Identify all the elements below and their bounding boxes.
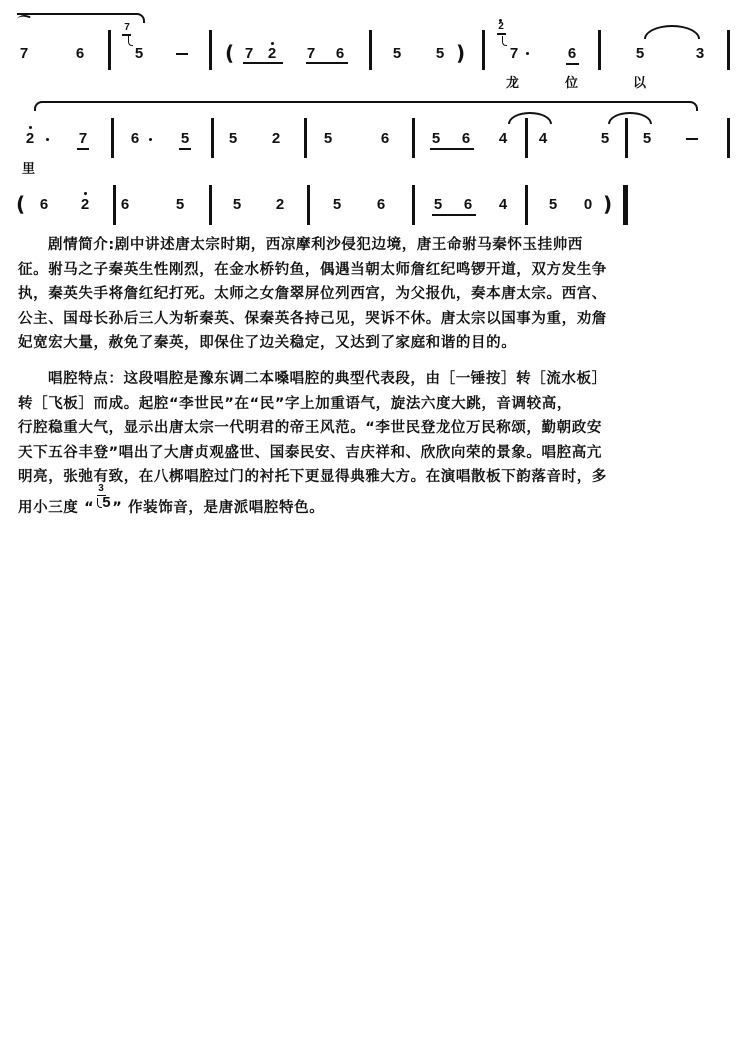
note: 2 (23, 130, 37, 148)
underline (77, 148, 89, 150)
note: 6 (37, 196, 51, 214)
barline (525, 185, 528, 225)
features-line: 天下五谷丰登”唱出了大唐贞观盛世、国泰民安、吉庆祥和、欣欣向荣的景象。唱腔高亢 (18, 441, 738, 466)
grace-main-note: 5 (102, 494, 111, 512)
high-octave-dot (29, 126, 32, 129)
barline (113, 185, 116, 225)
note: 5 (431, 196, 445, 214)
note: 7 (304, 45, 318, 63)
note: 4 (496, 196, 510, 214)
note: 6 (459, 130, 473, 148)
features-line: 这段唱腔是豫东调二本嗓唱腔的典型代表段，由［一锤按］转［流水板］ (124, 371, 607, 387)
augmentation-dot (149, 138, 152, 141)
high-octave-dot (84, 192, 87, 195)
underline (243, 62, 283, 64)
lyric: 龙 (506, 77, 519, 91)
grace-top-note: 3 (98, 484, 104, 494)
note: 0 (581, 196, 595, 214)
barline (111, 118, 114, 158)
note: 5 (330, 196, 344, 214)
barline (369, 30, 372, 70)
barline (412, 118, 415, 158)
augmentation-dot (46, 138, 49, 141)
note: 6 (461, 196, 475, 214)
underline (306, 62, 348, 64)
note: 7 (242, 45, 256, 63)
features-line: 行腔稳重大气，显示出唐太宗一代明君的帝王风范。“李世民登龙位万民称颂，勤朝政安 (18, 416, 738, 441)
barline (108, 30, 111, 70)
note: 7 (507, 45, 521, 63)
paren-close: ) (603, 193, 612, 215)
final-double-barline (623, 185, 628, 225)
features-paragraph: 唱腔特点：这段唱腔是豫东调二本嗓唱腔的典型代表段，由［一锤按］转［流水板］ 转［… (18, 367, 738, 520)
note: 6 (333, 45, 347, 63)
high-octave-dot (271, 42, 274, 45)
tie (508, 112, 552, 124)
barline (598, 30, 601, 70)
grace-notation-icon: 3 5 (94, 498, 112, 512)
underline (430, 148, 474, 150)
note: 2 (78, 196, 92, 214)
synopsis-line: 征。驸马之子秦英生性刚烈，在金水桥钓鱼，偶遇当朝太师詹红纪鸣锣开道，双方发生争 (18, 258, 738, 283)
synopsis-line: 剧中讲述唐太宗时期，西凉摩利沙侵犯边境，唐王命驸马秦怀玉挂帅西 (115, 237, 583, 253)
features-line-text: 用小三度 (18, 500, 78, 516)
note: 4 (496, 130, 510, 148)
note: 5 (640, 130, 654, 148)
features-line: 明亮，张弛有致，在八梆唱腔过门的衬托下更显得典雅大方。在演唱散板下韵落音时，多 (18, 465, 738, 490)
note: 3 (693, 45, 707, 63)
tie (608, 112, 652, 124)
barline (209, 30, 212, 70)
lyric: 以 (633, 77, 646, 91)
note: 6 (73, 45, 87, 63)
barline (209, 185, 212, 225)
high-octave-dot (499, 19, 502, 22)
barline (304, 118, 307, 158)
note: 5 (633, 45, 647, 63)
grace-note: 2 (496, 22, 506, 32)
underline (432, 214, 476, 216)
phrase-bracket (34, 101, 698, 111)
barline (211, 118, 214, 158)
note: 6 (118, 196, 132, 214)
note: 6 (128, 130, 142, 148)
note: 5 (546, 196, 560, 214)
features-line-text: 作装饰音，是唐派唱腔特色。 (128, 500, 324, 516)
note: 5 (230, 196, 244, 214)
note: 5 (390, 45, 404, 63)
features-line: 转［飞板］而成。起腔“李世民”在“民”字上加重语气，旋法六度大跳，音调较高， (18, 392, 738, 417)
dash-note (176, 53, 188, 55)
grace-note: 7 (122, 23, 132, 33)
slur (644, 25, 700, 39)
features-heading: 唱腔特点： (48, 371, 124, 387)
underline (179, 148, 191, 150)
note: 5 (173, 196, 187, 214)
barline (625, 118, 628, 158)
note: 2 (265, 45, 279, 63)
note: 7 (76, 130, 90, 148)
underline (566, 63, 579, 65)
note: 6 (378, 130, 392, 148)
note: 6 (565, 45, 579, 63)
note: 5 (429, 130, 443, 148)
note: 6 (374, 196, 388, 214)
paren-open: ( (225, 42, 234, 64)
synopsis-line: 妃宽宏大量，赦免了秦英，即保住了边关稳定，又达到了家庭和谐的目的。 (18, 331, 738, 356)
barline (525, 118, 528, 158)
note: 5 (178, 130, 192, 148)
note: 7 (17, 45, 31, 63)
barline (412, 185, 415, 225)
synopsis-heading: 剧情简介: (48, 237, 115, 253)
synopsis-paragraph: 剧情简介:剧中讲述唐太宗时期，西凉摩利沙侵犯边境，唐王命驸马秦怀玉挂帅西 征。驸… (18, 233, 738, 356)
note: 5 (598, 130, 612, 148)
synopsis-line: 执，秦英失手将詹红纪打死。太师之女詹翠屏位列西宫，为父报仇，奏本唐太宗。西宫、 (18, 282, 738, 307)
paren-close: ) (456, 42, 465, 64)
features-last-line: 用小三度 “ 3 5 ” 作装饰音，是唐派唱腔特色。 (18, 496, 738, 521)
note: 5 (226, 130, 240, 148)
note: 2 (269, 130, 283, 148)
note: 4 (536, 130, 550, 148)
lyric: 位 (565, 77, 578, 91)
synopsis-line: 公主、国母长孙后三人为斩秦英、保秦英各持己见，哭诉不休。唐太宗以国事为重，劝詹 (18, 307, 738, 332)
barline (727, 30, 730, 70)
note: 2 (273, 196, 287, 214)
note: 5 (433, 45, 447, 63)
barline (482, 30, 485, 70)
barline (307, 185, 310, 225)
dash-note (686, 138, 698, 140)
note: 5 (321, 130, 335, 148)
grace-underline (497, 33, 506, 35)
lyric: 里 (22, 163, 35, 177)
augmentation-dot (526, 52, 529, 55)
note: 5 (132, 45, 146, 63)
barline (727, 118, 730, 158)
paren-open: ( (16, 193, 25, 215)
